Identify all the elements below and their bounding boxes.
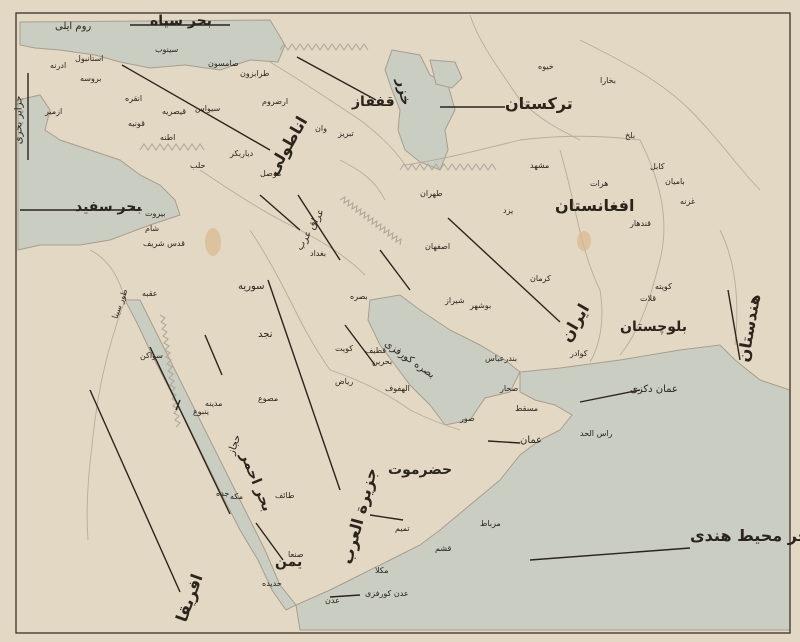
label-baluchistan: بلوچستان [620,320,687,334]
city-yanbu: ینبوع [193,408,209,416]
city-isfahan: اصفهان [425,243,450,251]
label-aegean-islands: جزایر بحری [14,96,24,145]
city-aleppo: حلب [190,162,205,170]
city-aden: عدن [325,597,340,605]
label-mediterranean: بحر سفید [75,200,142,214]
city-konya: قونیه [128,120,145,128]
city-mecca: مكه [230,493,243,501]
city-jerusalem: قدس شریف [143,240,185,248]
city-ankara: انقره [125,95,142,103]
label-gulf-of-aden: عدن كورفزی [365,590,409,598]
label-caspian-sea: خزر [394,78,412,107]
city-kandahar: قندهار [630,220,651,228]
paper-stain [205,228,221,256]
city-bamiyan: بامیان [665,178,685,186]
city-sur: صور [460,415,475,423]
city-jeddah: جده [216,490,229,498]
city-massawa: مصوع [258,395,278,403]
city-erzurum: ارضروم [262,98,288,106]
city-riyadh: ریاض [335,378,353,386]
city-khiva: خیوه [538,63,554,71]
city-taif: طائف [275,492,294,500]
label-syria: سوریه [238,282,265,292]
city-kerman: كرمان [530,275,551,283]
city-istanbul: استانبول [75,55,103,63]
city-beirut: بیروت [145,210,165,218]
city-kuwait: كویت [335,345,353,353]
city-qishm: قشم [435,545,451,553]
city-shiraz: شیراز [445,297,465,305]
city-tamim: تمیم [395,525,410,533]
city-bursa: بروسه [80,75,102,83]
city-sivas: سیواس [195,105,220,113]
city-bahrain: بحرین [372,358,392,366]
city-tehran: طهران [420,190,443,198]
city-ghazni: غزنه [680,198,695,206]
city-bukhara: بخارا [600,77,616,85]
city-kalat: قلات [640,295,656,303]
label-gulf-of-oman: عمان دكزی [630,385,678,395]
label-turkestan: تركستان [505,96,573,112]
city-aqaba: عقبه [142,290,158,298]
label-caucasus: قفقاز [352,95,395,109]
city-hodeidah: حدیده [262,580,282,588]
city-bushehr: بوشهر [470,302,491,310]
city-kabul: كابل [650,163,665,171]
city-mirbat: مرباط [480,520,501,528]
label-najd: نجد [258,330,273,340]
city-mosul: موصل [260,170,281,178]
city-mukalla: مكلا [375,567,388,575]
city-damascus: شام [145,225,159,233]
city-gwadar: كوادر [570,350,588,358]
city-edirne: ادرنه [50,62,66,70]
city-bandar-abbas: بندرعباس [485,355,517,363]
label-black-sea: بحر سیاه [150,14,212,28]
label-afghanistan: افغانستان [555,198,634,214]
city-samsun: صامسون [208,60,239,68]
city-trabzon: طرابزون [240,70,269,78]
city-qatif: قطیف [365,347,386,355]
city-basra: بصره [350,293,368,301]
label-oman: عمان [520,436,542,446]
label-indian-ocean: بحر محیط هندی [690,528,800,544]
city-herat: هرات [590,180,608,188]
city-tabriz: تبریز [338,130,354,138]
city-yazd: یزد [503,207,513,215]
city-diyarbakir: دیاربكر [230,150,253,158]
city-kayseri: قیصریه [162,108,186,116]
city-hofuf: الهفوف [385,385,410,393]
city-balkh: بلخ [625,132,635,140]
city-sinop: سینوب [155,46,178,54]
city-muscat: مسقط [515,405,538,413]
city-mashhad: مشهد [530,162,549,170]
city-izmir: ازمیر [45,108,62,116]
city-baghdad: بغداد [310,250,326,258]
label-rumelia: روم ایلی [55,22,91,32]
city-sohar: صحار [500,385,518,393]
city-ras-al-hadd: راس الحد [580,430,612,438]
label-hadramaut: حضرموت [388,463,452,477]
paper-stain [577,231,591,251]
city-adana: اطنه [160,134,175,142]
city-van: وان [315,125,327,133]
city-quetta: كویته [655,283,672,291]
city-suakin: سواكن [140,352,163,360]
city-sanaa: صنعا [288,551,304,559]
